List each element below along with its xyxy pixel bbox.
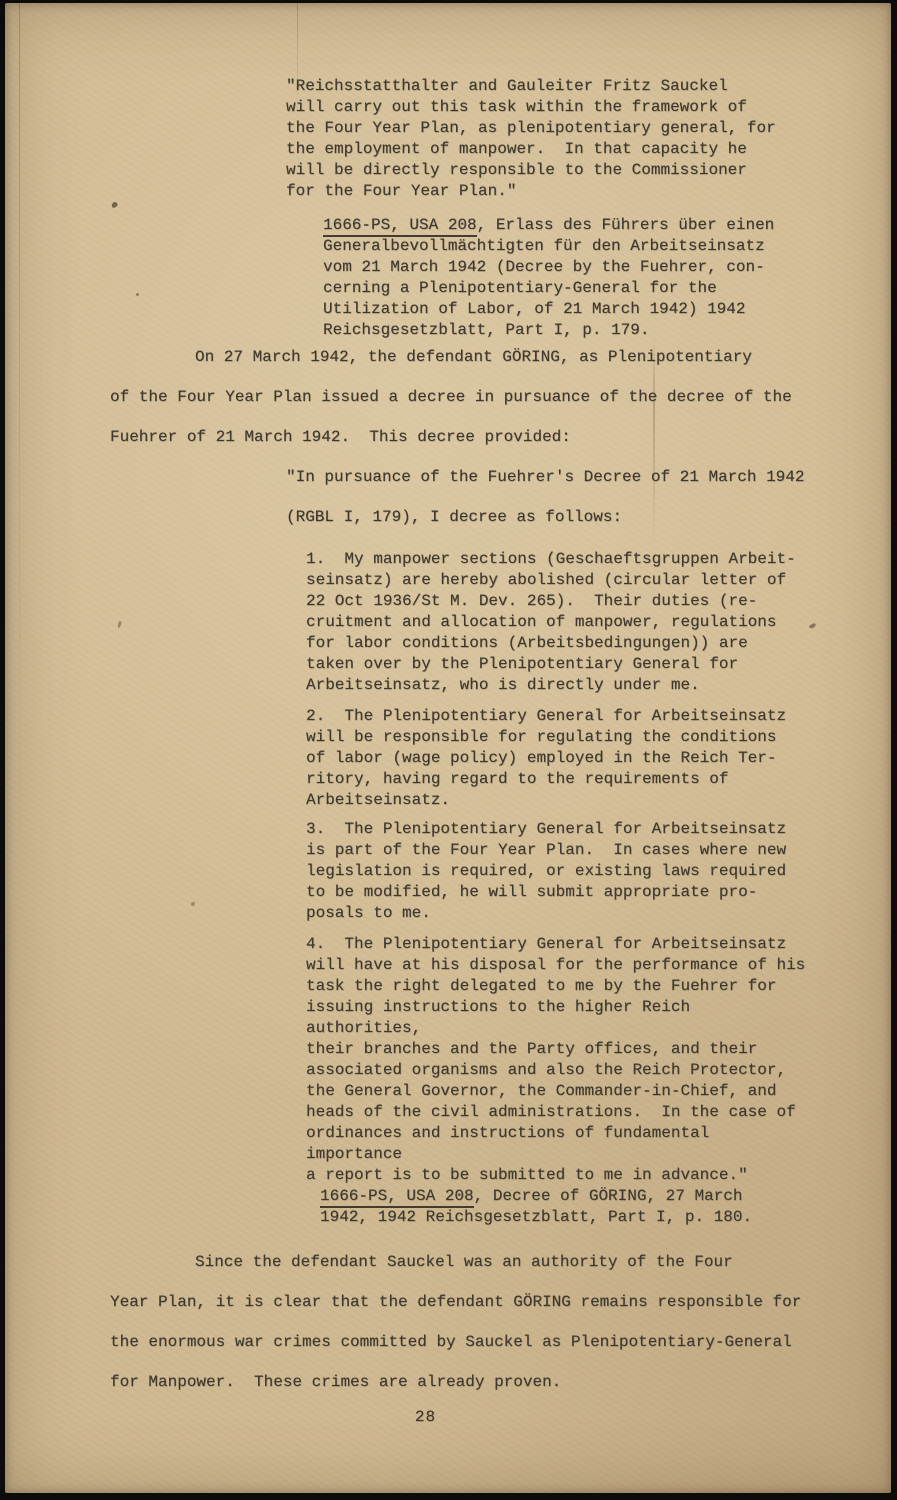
paper-speck: [191, 902, 195, 906]
citation-1666-ps-usa-208-second: 1666-PS, USA 208, Decree of GÖRING, 27 M…: [320, 1186, 811, 1228]
document-page: "Reichsstatthalter and Gauleiter Fritz S…: [5, 3, 891, 1493]
body-paragraph-goering-decree: On 27 March 1942, the defendant GÖRING, …: [110, 337, 811, 457]
paper-speck: [808, 623, 816, 630]
decree-item-4: 4. The Plenipotentiary General for Arbei…: [306, 934, 811, 1186]
paper-speck: [136, 293, 139, 296]
citation-reference-underlined: 1666-PS, USA 208: [323, 216, 477, 237]
quoted-passage-sauckel-appointment: "Reichsstatthalter and Gauleiter Fritz S…: [286, 76, 811, 202]
paper-crease: [653, 333, 655, 548]
citation-1666-ps-usa-208-first: 1666-PS, USA 208, Erlass des Führers übe…: [323, 215, 811, 341]
decree-item-3: 3. The Plenipotentiary General for Arbei…: [306, 819, 811, 924]
paper-crease: [19, 3, 20, 927]
decree-item-2: 2. The Plenipotentiary General for Arbei…: [306, 706, 811, 811]
quoted-decree-preamble: "In pursuance of the Fuehrer's Decree of…: [286, 457, 811, 537]
scanned-document: "Reichsstatthalter and Gauleiter Fritz S…: [0, 0, 897, 1500]
paper-crease: [297, 3, 298, 123]
citation-reference-underlined: 1666-PS, USA 208: [320, 1187, 474, 1208]
body-paragraph-conclusion: Since the defendant Sauckel was an autho…: [110, 1242, 811, 1402]
decree-item-1: 1. My manpower sections (Geschaeftsgrupp…: [306, 549, 811, 696]
page-number: 28: [110, 1407, 811, 1428]
paper-speck: [111, 201, 119, 209]
paper-speck: [117, 621, 121, 628]
